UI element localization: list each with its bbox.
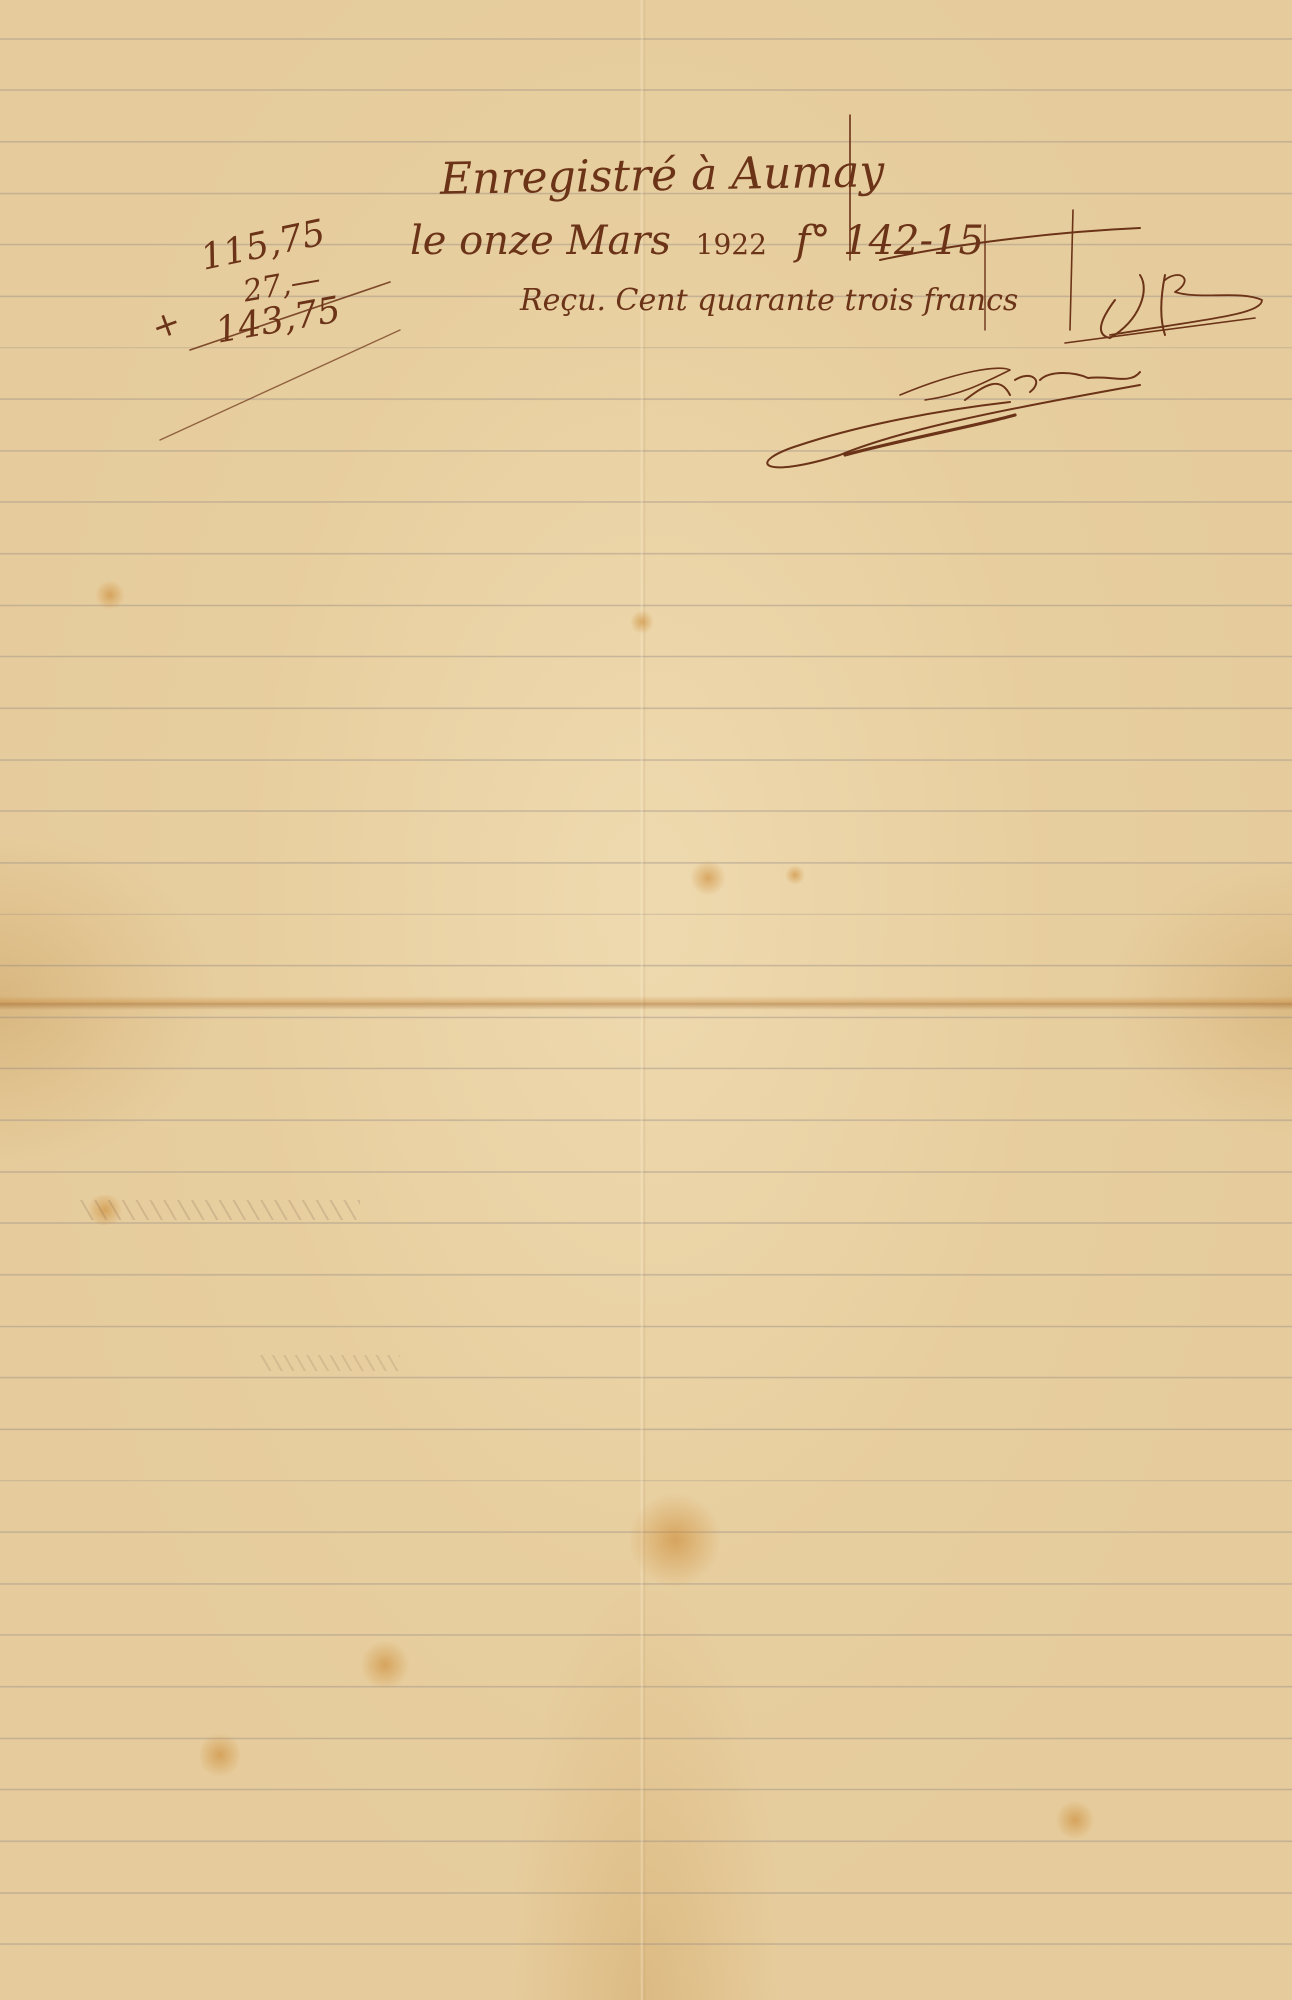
initial-j-stroke (1101, 275, 1144, 338)
flourish-stroke (1070, 210, 1073, 330)
signature-main-letters (965, 372, 1140, 400)
signature-underline (1065, 318, 1255, 343)
signature-perrin-underline (1110, 275, 1262, 335)
signature-flourish-bold (845, 415, 1015, 455)
show-through-marks (80, 1200, 360, 1220)
margin-sum-underline (190, 282, 390, 350)
scanned-document-page: Enregistré à Aumay le onze Mars 1922 f° … (0, 0, 1292, 2000)
pen-strokes (0, 0, 1292, 2000)
signature-flourish (767, 385, 1140, 467)
folio-underline (880, 228, 1140, 260)
margin-diagonal-line (160, 330, 400, 440)
show-through-marks (260, 1355, 400, 1371)
